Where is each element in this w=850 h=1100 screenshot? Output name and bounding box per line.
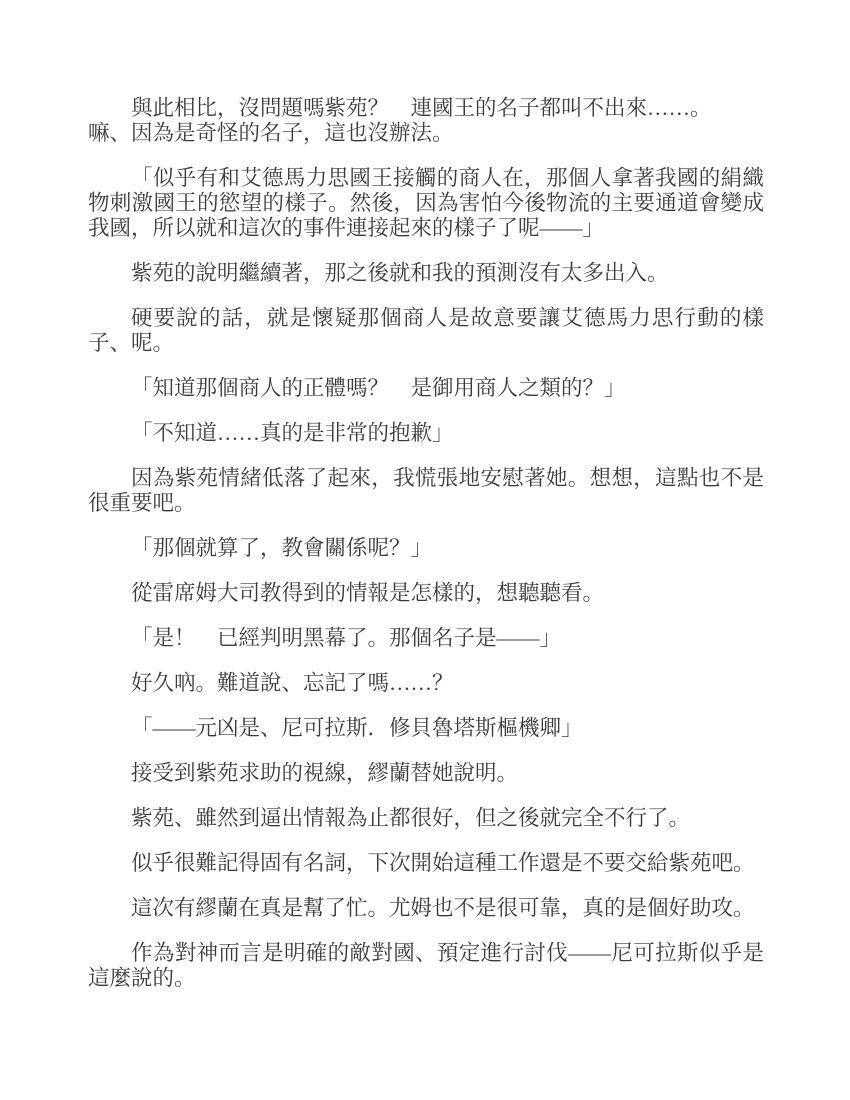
- document-page: 與此相比，沒問題嗎紫苑？ 連國王的名子都叫不出來……。 嘛、因為是奇怪的名子，這…: [0, 0, 850, 1100]
- paragraph: 作為對神而言是明確的敵對國、預定進行討伐——尼可拉斯似乎是這麼說的。: [88, 941, 764, 991]
- paragraph: 「那個就算了，教會關係呢？」: [88, 536, 764, 561]
- paragraph: 硬要說的話，就是懷疑那個商人是故意要讓艾德馬力思行動的樣子、呢。: [88, 306, 764, 356]
- paragraph: 「是！ 已經判明黑幕了。那個名子是——」: [88, 626, 764, 651]
- paragraph: 這次有繆蘭在真是幫了忙。尤姆也不是很可靠，真的是個好助攻。: [88, 896, 764, 921]
- paragraph: 「似乎有和艾德馬力思國王接觸的商人在，那個人拿著我國的絹織物刺激國王的慾望的樣子…: [88, 166, 764, 241]
- paragraph: 「不知道……真的是非常的抱歉」: [88, 421, 764, 446]
- paragraph: 嘛、因為是奇怪的名子，這也沒辦法。: [88, 121, 764, 146]
- paragraph: 從雷席姆大司教得到的情報是怎樣的，想聽聽看。: [88, 581, 764, 606]
- paragraph: 因為紫苑情緒低落了起來，我慌張地安慰著她。想想，這點也不是很重要吧。: [88, 466, 764, 516]
- paragraph: 與此相比，沒問題嗎紫苑？ 連國王的名子都叫不出來……。: [88, 96, 764, 121]
- paragraph: 似乎很難記得固有名詞，下次開始這種工作還是不要交給紫苑吧。: [88, 851, 764, 876]
- paragraph: 「——元凶是、尼可拉斯．修貝魯塔斯樞機卿」: [88, 716, 764, 741]
- paragraph: 「知道那個商人的正體嗎？ 是御用商人之類的？」: [88, 376, 764, 401]
- paragraph: 接受到紫苑求助的視線，繆蘭替她說明。: [88, 761, 764, 786]
- paragraph: 紫苑的說明繼續著，那之後就和我的預測沒有太多出入。: [88, 261, 764, 286]
- paragraph: 紫苑、雖然到逼出情報為止都很好，但之後就完全不行了。: [88, 806, 764, 831]
- paragraph: 好久吶。難道說、忘記了嗎……？: [88, 671, 764, 696]
